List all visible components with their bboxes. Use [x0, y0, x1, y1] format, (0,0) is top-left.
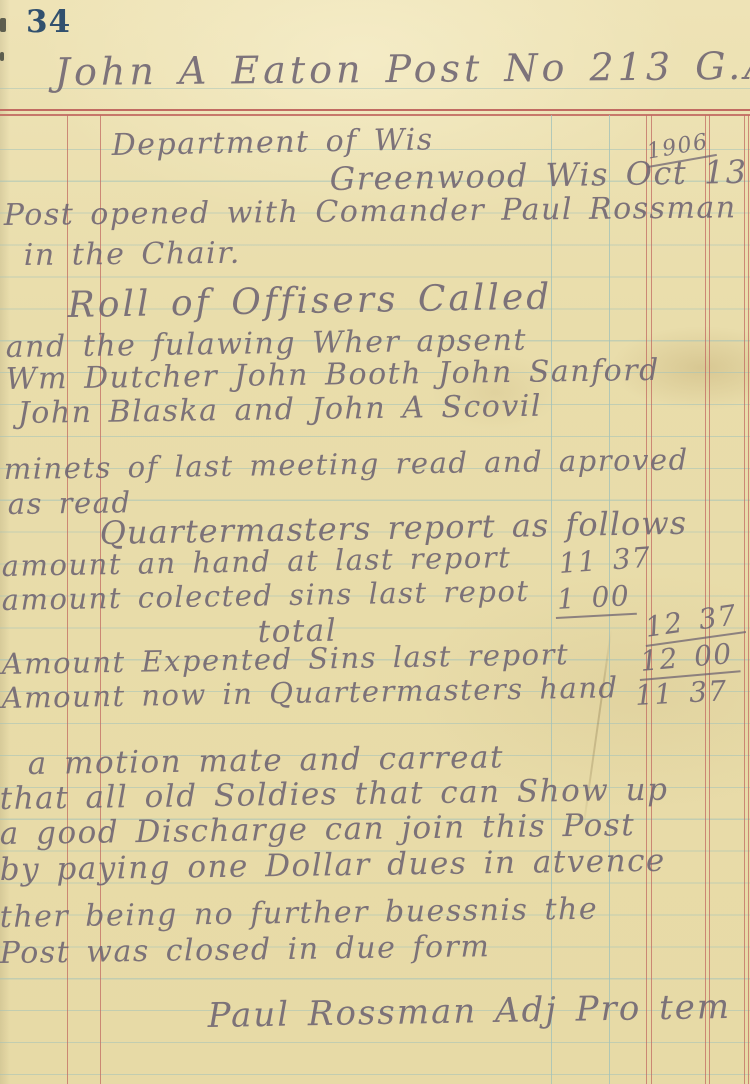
- body-line: in the Chair.: [24, 236, 241, 273]
- body-line: John Blaska and John A Scovil: [18, 389, 543, 431]
- title-line: John A Eaton Post No 213 G.A.R.: [55, 43, 750, 94]
- body-line: Post opened with Comander Paul Rossman: [4, 190, 737, 233]
- ledger-page: 34 John A Eaton Post No 213 G.A.R.Depart…: [0, 0, 750, 1084]
- section-heading: Roll of Offisers Called: [67, 277, 552, 326]
- signature-line: Paul Rossman Adj Pro tem: [207, 987, 731, 1036]
- amount-value: 11 37: [558, 541, 653, 580]
- body-line: ther being no further buessnis the: [0, 892, 598, 935]
- body-line: minets of last meeting read and aproved: [4, 442, 689, 486]
- handwriting-layer: John A Eaton Post No 213 G.A.R.Departmen…: [0, 0, 750, 1084]
- amount-value: 11 37: [634, 674, 728, 712]
- body-line: Post was closed in due form: [0, 929, 491, 971]
- amount-value: 1 00: [554, 579, 637, 619]
- department-line: Department of Wis: [111, 122, 433, 163]
